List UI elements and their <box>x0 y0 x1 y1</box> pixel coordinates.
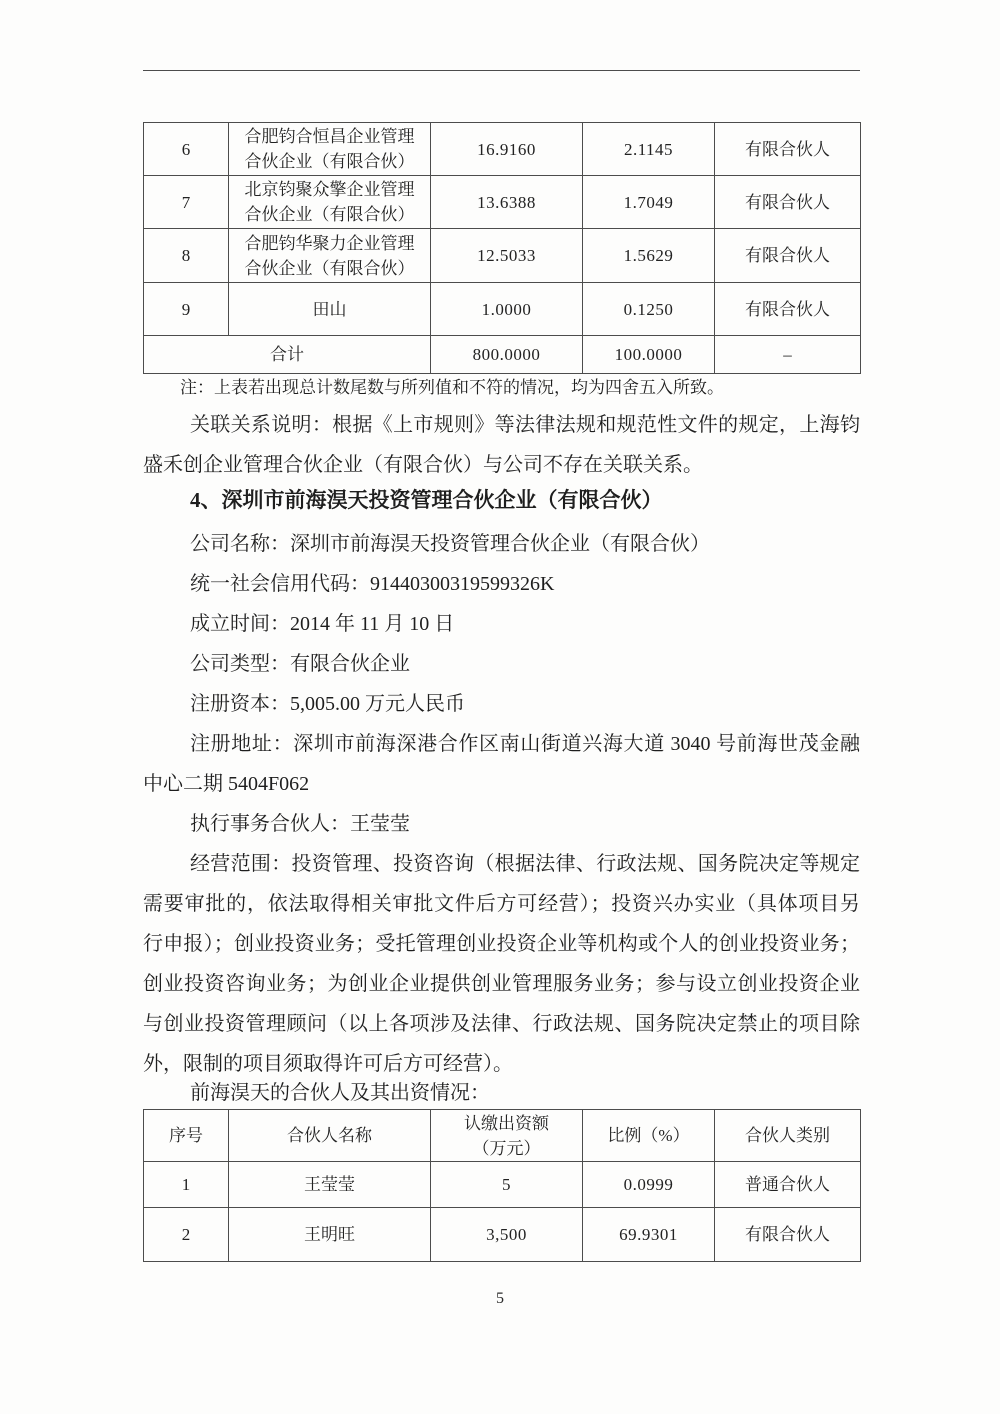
cell-amount: 3,500 <box>431 1208 583 1262</box>
cell-no: 1 <box>144 1162 229 1208</box>
relation-statement-line1: 关联关系说明：根据《上市规则》等法律法规和规范性文件的规定，上海钧 <box>190 414 860 437</box>
section-heading: 4、深圳市前海淏天投资管理合伙企业（有限合伙） <box>190 489 860 512</box>
cell-partner-name: 田山 <box>229 283 431 336</box>
cell-partner-type: 有限合伙人 <box>715 1208 861 1262</box>
partners-intro-line: 前海淏天的合伙人及其出资情况： <box>190 1082 860 1105</box>
cell-no: 8 <box>144 229 229 283</box>
table-total-row: 合计 800.0000 100.0000 – <box>144 336 861 374</box>
cell-ratio: 69.9301 <box>583 1208 715 1262</box>
established-date-line: 成立时间：2014 年 11 月 10 日 <box>190 613 860 636</box>
cell-no: 9 <box>144 283 229 336</box>
registered-capital-line: 注册资本：5,005.00 万元人民币 <box>190 693 860 716</box>
cell-total-ratio: 100.0000 <box>583 336 715 374</box>
cell-amount: 12.5033 <box>431 229 583 283</box>
registered-address-line2: 中心二期 5404F062 <box>143 773 860 796</box>
cell-no: 2 <box>144 1208 229 1262</box>
table-continuation-rule <box>143 70 860 71</box>
business-scope-line3: 行申报）；创业投资业务；受托管理创业投资企业等机构或个人的创业投资业务； <box>143 933 860 956</box>
business-scope-line2: 需要审批的，依法取得相关审批文件后方可经营）；投资兴办实业（具体项目另 <box>143 893 860 916</box>
cell-partner-name: 合肥钧华聚力企业管理 合伙企业（有限合伙） <box>229 229 431 283</box>
cell-amount: 5 <box>431 1162 583 1208</box>
cell-partner-type: 有限合伙人 <box>715 123 861 176</box>
cell-total-type: – <box>715 336 861 374</box>
header-amount: 认缴出资额 （万元） <box>431 1110 583 1162</box>
partners-contribution-table: 序号 合伙人名称 认缴出资额 （万元） 比例（%） 合伙人类别 1 王莹莹 5 … <box>143 1109 861 1262</box>
header-partner-type: 合伙人类别 <box>715 1110 861 1162</box>
table-row: 8 合肥钧华聚力企业管理 合伙企业（有限合伙） 12.5033 1.5629 有… <box>144 229 861 283</box>
table-row: 9 田山 1.0000 0.1250 有限合伙人 <box>144 283 861 336</box>
header-ratio: 比例（%） <box>583 1110 715 1162</box>
registered-address-line1: 注册地址：深圳市前海深港合作区南山街道兴海大道 3040 号前海世茂金融 <box>190 733 860 756</box>
cell-partner-type: 有限合伙人 <box>715 283 861 336</box>
business-scope-line5: 与创业投资管理顾问（以上各项涉及法律、行政法规、国务院决定禁止的项目除 <box>143 1013 860 1036</box>
cell-total-amount: 800.0000 <box>431 336 583 374</box>
table-header-row: 序号 合伙人名称 认缴出资额 （万元） 比例（%） 合伙人类别 <box>144 1110 861 1162</box>
rounding-note: 注：上表若出现总计数尾数与所列值和不符的情况，均为四舍五入所致。 <box>180 376 860 399</box>
cell-no: 6 <box>144 123 229 176</box>
business-scope-line6: 外，限制的项目须取得许可后方可经营）。 <box>143 1053 860 1076</box>
business-scope-line1: 经营范围：投资管理、投资咨询（根据法律、行政法规、国务院决定等规定 <box>190 853 860 876</box>
cell-partner-name: 北京钧聚众擎企业管理 合伙企业（有限合伙） <box>229 176 431 229</box>
header-no: 序号 <box>144 1110 229 1162</box>
cell-partner-name: 王莹莹 <box>229 1162 431 1208</box>
cell-no: 7 <box>144 176 229 229</box>
cell-ratio: 1.7049 <box>583 176 715 229</box>
cell-partner-type: 有限合伙人 <box>715 176 861 229</box>
cell-partner-name: 合肥钧合恒昌企业管理 合伙企业（有限合伙） <box>229 123 431 176</box>
table-row: 1 王莹莹 5 0.0999 普通合伙人 <box>144 1162 861 1208</box>
table-row: 6 合肥钧合恒昌企业管理 合伙企业（有限合伙） 16.9160 2.1145 有… <box>144 123 861 176</box>
company-type-line: 公司类型：有限合伙企业 <box>190 653 860 676</box>
table-row: 2 王明旺 3,500 69.9301 有限合伙人 <box>144 1208 861 1262</box>
header-partner-name: 合伙人名称 <box>229 1110 431 1162</box>
partners-table-continued: 6 合肥钧合恒昌企业管理 合伙企业（有限合伙） 16.9160 2.1145 有… <box>143 122 861 374</box>
document-page: 6 合肥钧合恒昌企业管理 合伙企业（有限合伙） 16.9160 2.1145 有… <box>0 0 1000 1414</box>
company-name-line: 公司名称：深圳市前海淏天投资管理合伙企业（有限合伙） <box>190 533 860 556</box>
cell-ratio: 1.5629 <box>583 229 715 283</box>
cell-amount: 1.0000 <box>431 283 583 336</box>
cell-total-label: 合计 <box>144 336 431 374</box>
page-number: 5 <box>0 1290 1000 1308</box>
business-scope-line4: 创业投资咨询业务；为创业企业提供创业管理服务业务；参与设立创业投资企业 <box>143 973 860 996</box>
table-row: 7 北京钧聚众擎企业管理 合伙企业（有限合伙） 13.6388 1.7049 有… <box>144 176 861 229</box>
cell-amount: 13.6388 <box>431 176 583 229</box>
cell-partner-type: 普通合伙人 <box>715 1162 861 1208</box>
cell-partner-type: 有限合伙人 <box>715 229 861 283</box>
relation-statement-line2: 盛禾创企业管理合伙企业（有限合伙）与公司不存在关联关系。 <box>143 454 860 477</box>
credit-code-line: 统一社会信用代码：91440300319599326K <box>190 573 860 596</box>
cell-ratio: 0.1250 <box>583 283 715 336</box>
cell-partner-name: 王明旺 <box>229 1208 431 1262</box>
managing-partner-line: 执行事务合伙人：王莹莹 <box>190 813 860 836</box>
cell-ratio: 2.1145 <box>583 123 715 176</box>
cell-amount: 16.9160 <box>431 123 583 176</box>
cell-ratio: 0.0999 <box>583 1162 715 1208</box>
